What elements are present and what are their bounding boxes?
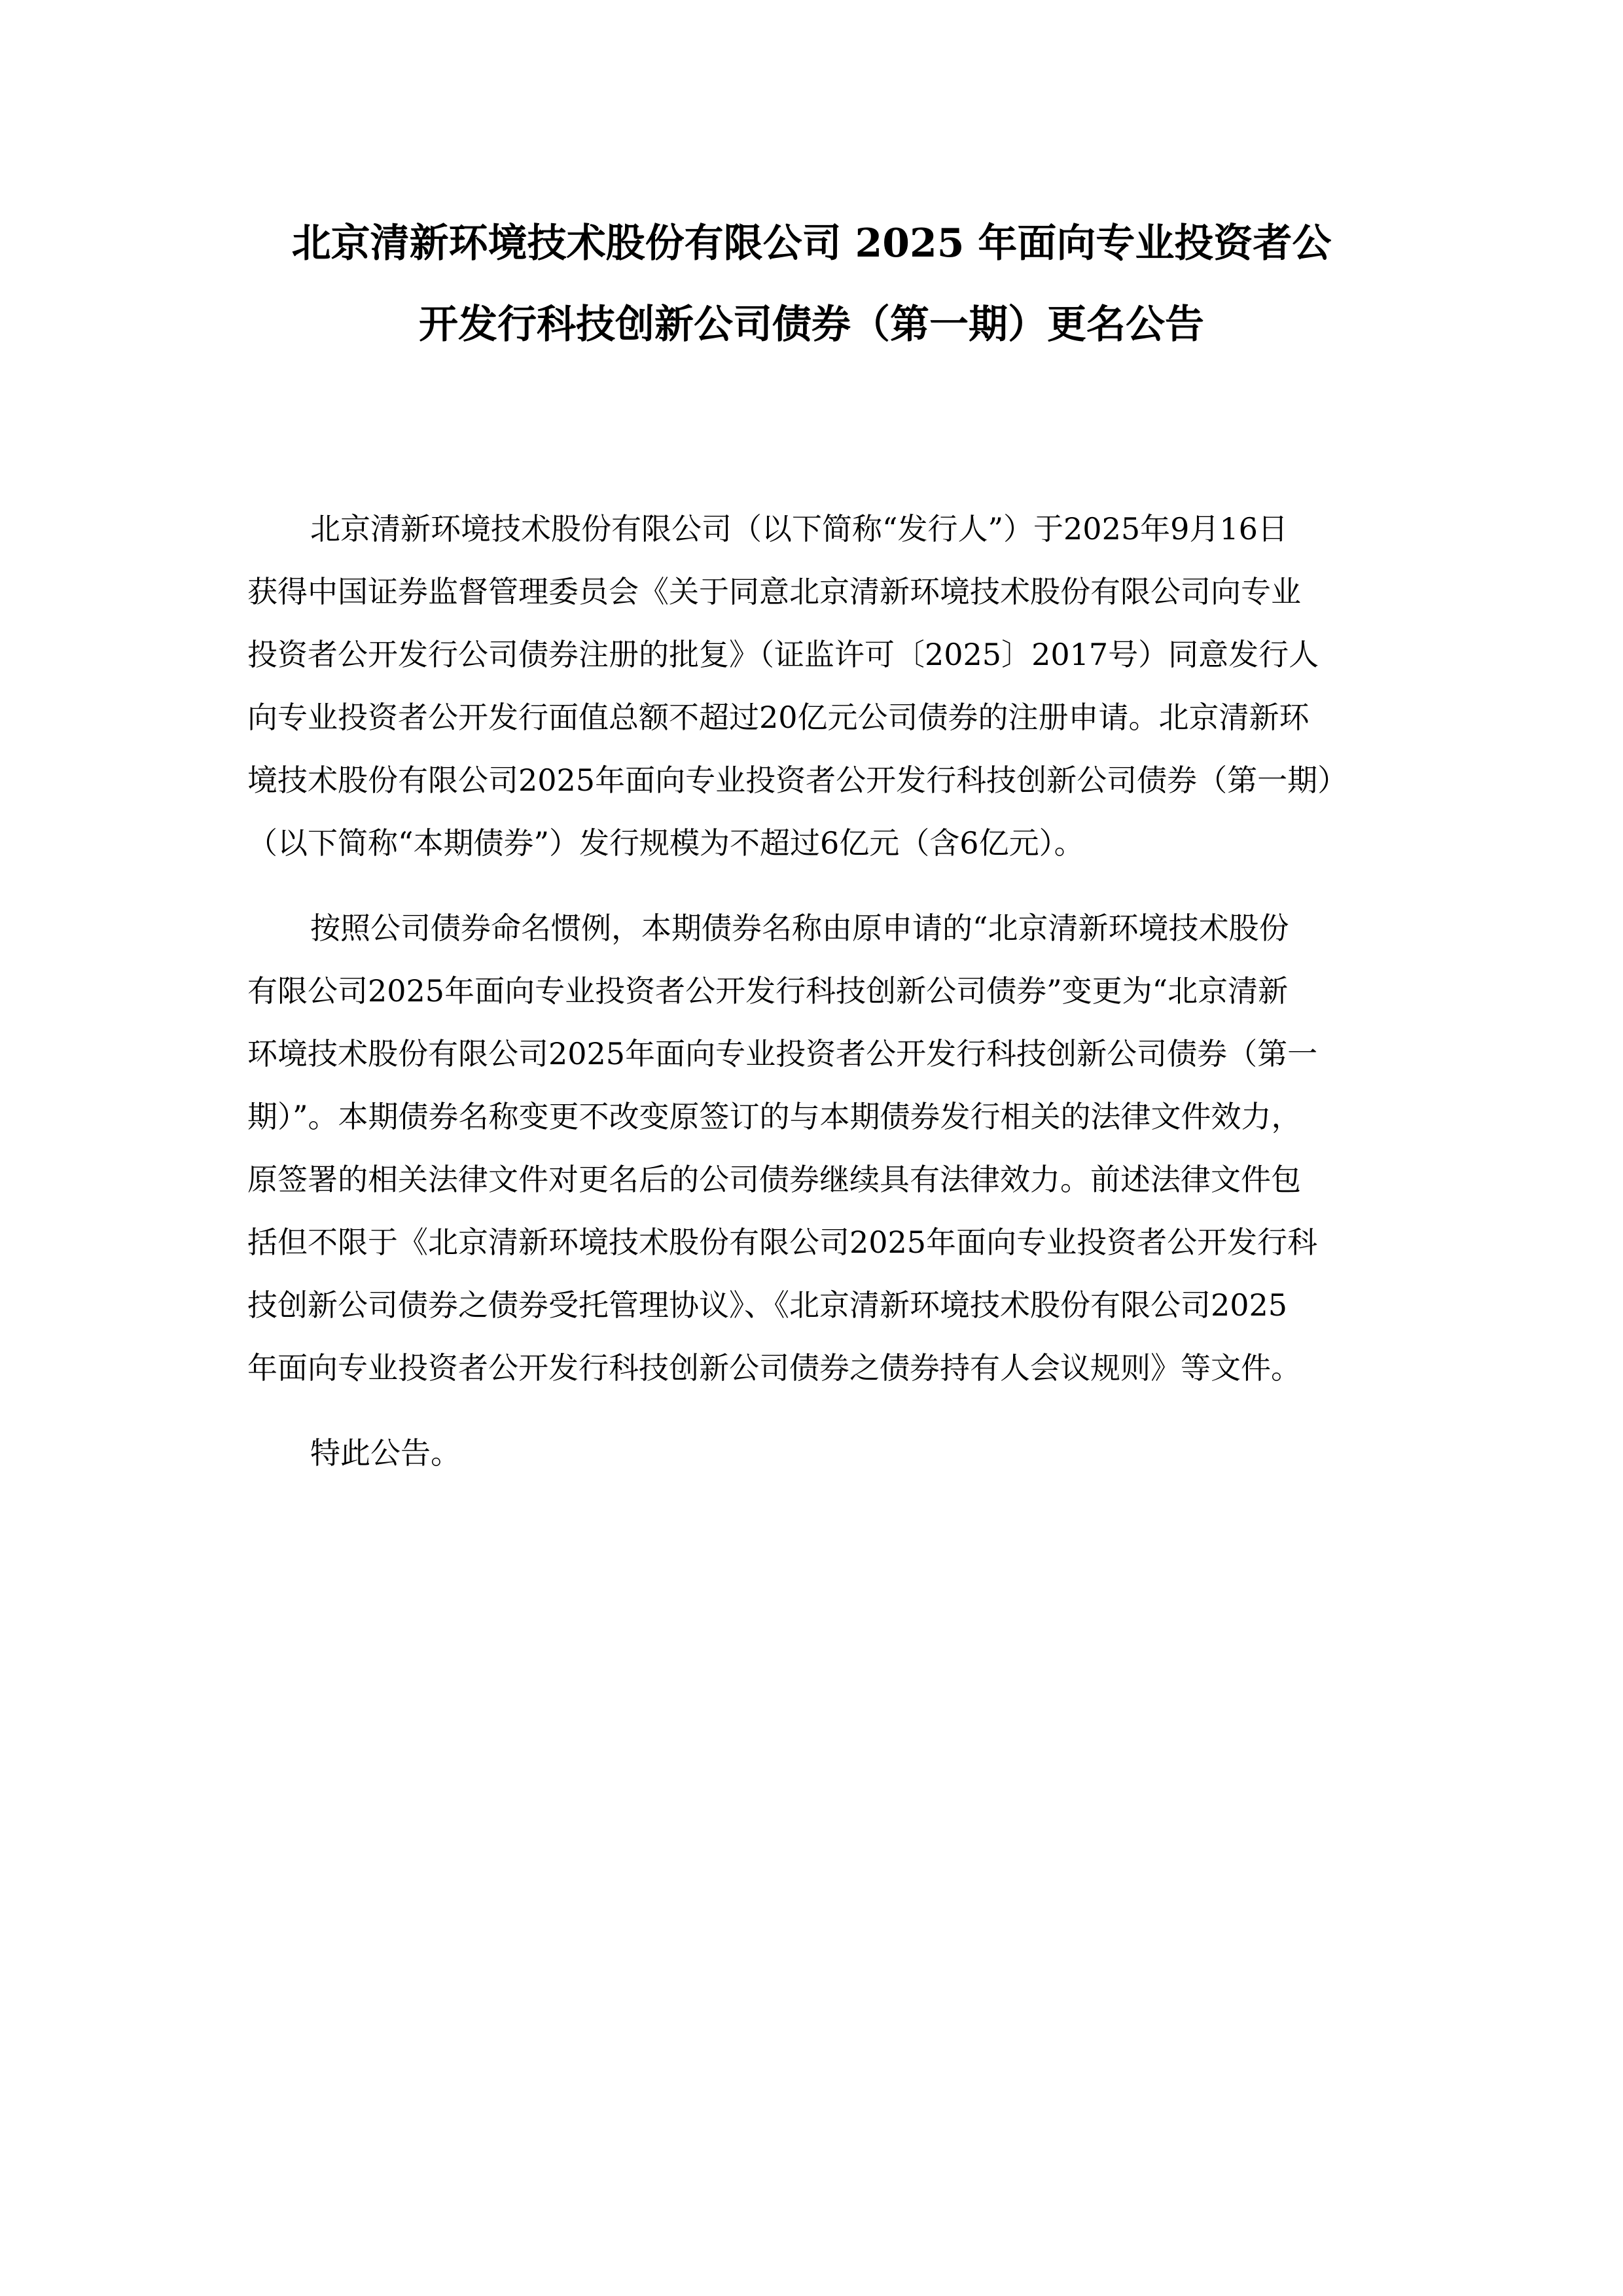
text-line: 北京清新环境技术股份有限公司（以下简称“发行人”）于2025年9月16日 bbox=[247, 497, 1386, 560]
paragraph-closing: 特此公告。 bbox=[247, 1422, 1386, 1484]
closing-statement: 特此公告。 bbox=[247, 1422, 1386, 1484]
text-line: 按照公司债券命名惯例，本期债券名称由原申请的“北京清新环境技术股份 bbox=[247, 897, 1386, 960]
text-line: 年面向专业投资者公开发行科技创新公司债券之债券持有人会议规则》等文件。 bbox=[247, 1336, 1386, 1399]
text-line: 原签署的相关法律文件对更名后的公司债券继续具有法律效力。前述法律文件包 bbox=[247, 1148, 1386, 1211]
document-title: 北京清新环境技术股份有限公司 2025 年面向专业投资者公 开发行科技创新公司债… bbox=[236, 203, 1387, 365]
paragraph-registration: 北京清新环境技术股份有限公司（以下简称“发行人”）于2025年9月16日 获得中… bbox=[247, 497, 1386, 874]
text-line: 技创新公司债券之债券受托管理协议》、《北京清新环境技术股份有限公司2025 bbox=[247, 1274, 1386, 1336]
paragraph-name-change: 按照公司债券命名惯例，本期债券名称由原申请的“北京清新环境技术股份 有限公司20… bbox=[247, 897, 1386, 1399]
text-line: （以下简称“本期债券”）发行规模为不超过6亿元（含6亿元）。 bbox=[247, 812, 1386, 874]
title-line-1: 北京清新环境技术股份有限公司 2025 年面向专业投资者公 bbox=[236, 203, 1387, 284]
text-line: 境技术股份有限公司2025年面向专业投资者公开发行科技创新公司债券（第一期） bbox=[247, 749, 1386, 812]
text-line: 有限公司2025年面向专业投资者公开发行科技创新公司债券”变更为“北京清新 bbox=[247, 960, 1386, 1022]
text-line: 括但不限于《北京清新环境技术股份有限公司2025年面向专业投资者公开发行科 bbox=[247, 1211, 1386, 1274]
text-line: 向专业投资者公开发行面值总额不超过20亿元公司债券的注册申请。北京清新环 bbox=[247, 686, 1386, 749]
document-body: 北京清新环境技术股份有限公司（以下简称“发行人”）于2025年9月16日 获得中… bbox=[247, 497, 1386, 1507]
document-page: 北京清新环境技术股份有限公司 2025 年面向专业投资者公 开发行科技创新公司债… bbox=[0, 0, 1623, 2296]
text-line: 期）”。本期债券名称变更不改变原签订的与本期债券发行相关的法律文件效力， bbox=[247, 1085, 1386, 1148]
text-line: 环境技术股份有限公司2025年面向专业投资者公开发行科技创新公司债券（第一 bbox=[247, 1022, 1386, 1085]
title-line-2: 开发行科技创新公司债券（第一期）更名公告 bbox=[236, 284, 1387, 365]
text-line: 投资者公开发行公司债券注册的批复》（证监许可〔2025〕2017号）同意发行人 bbox=[247, 623, 1386, 686]
text-line: 获得中国证券监督管理委员会《关于同意北京清新环境技术股份有限公司向专业 bbox=[247, 560, 1386, 623]
